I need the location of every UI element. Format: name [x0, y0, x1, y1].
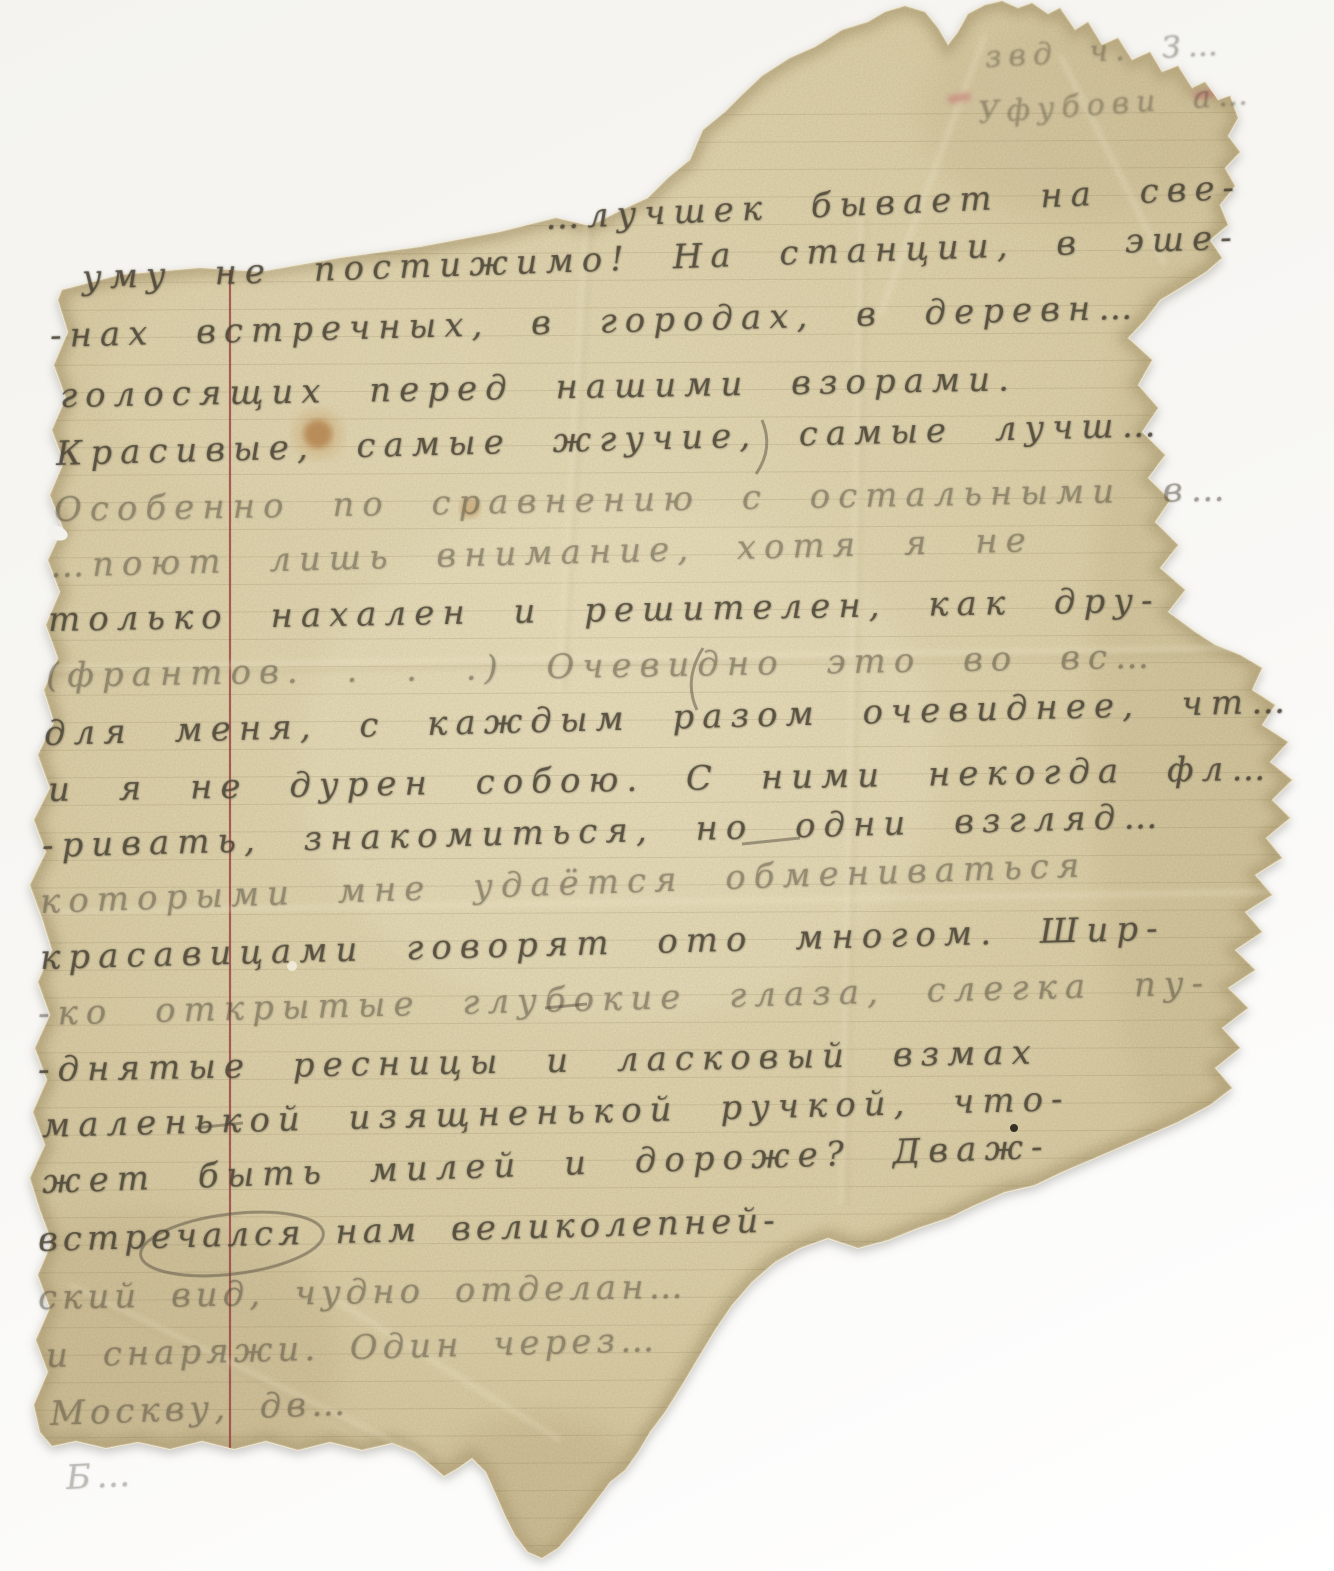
handwritten-line-20: ский вид, чудно отделан…	[38, 1267, 688, 1318]
handwritten-fragment-1: звд ч. З…	[984, 27, 1225, 75]
letter-scan: звд ч. З… Уфубови а… …лучшек бывает на с…	[0, 0, 1334, 1571]
handwritten-fragment-2: Уфубови а…	[977, 77, 1256, 131]
handwritten-line-21: и снаряжи. Один через…	[45, 1320, 659, 1376]
handwriting-layer: звд ч. З… Уфубови а… …лучшек бывает на с…	[0, 0, 1334, 1571]
handwritten-line-22: Москву, дв…	[49, 1384, 350, 1434]
handwritten-line-16: -днятые ресницы и ласковый взмах	[38, 1033, 1039, 1090]
handwritten-line-15: -ко открытые глубокие глаза, слегка пу-	[37, 963, 1211, 1034]
handwritten-line-19: встречался нам великолепней-	[37, 1201, 780, 1260]
handwritten-line-3: -нах встречных, в городах, в деревн…	[49, 287, 1140, 356]
handwritten-line-23: Б…	[65, 1454, 136, 1498]
handwritten-line-8: только нахален и решителен, как дру-	[48, 581, 1161, 640]
handwritten-line-6: Особенно по сравнению с остальными в…	[54, 469, 1233, 530]
handwritten-line-14: красавицами говорят ото многом. Шир-	[39, 909, 1166, 978]
handwritten-line-4: голосящих перед нашими взорами.	[60, 359, 1017, 416]
handwritten-line-5: Красивые, самые жгучие, самые лучш…	[55, 405, 1163, 474]
handwritten-line-7: …поют лишь внимание, хотя я не	[49, 520, 1034, 586]
handwritten-line-9: (франтов. . . .) Очевидно это во вс…	[46, 637, 1158, 696]
